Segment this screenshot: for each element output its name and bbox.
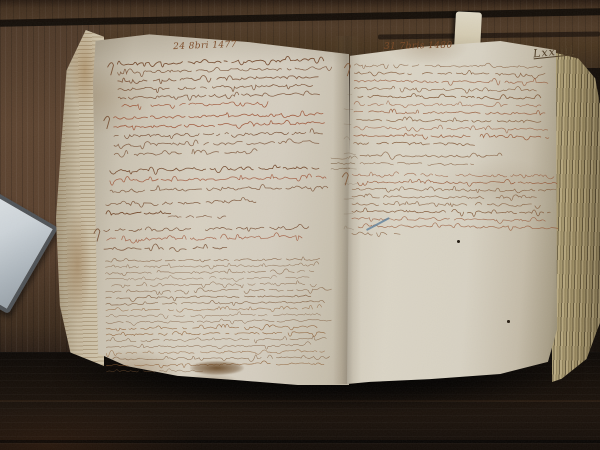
right-page-header-date: 31 7bris 1480 xyxy=(384,40,484,52)
right-para-3 xyxy=(340,168,561,250)
manuscript-photo: 24 8bri 1477 31 7bris 1480 Lxx iij xyxy=(0,0,600,450)
ink-smudge xyxy=(190,361,244,375)
handwriting-layer xyxy=(0,0,600,450)
ink-speck xyxy=(457,240,460,243)
ink-speck xyxy=(507,320,510,323)
right-gutter-marks xyxy=(332,88,357,252)
right-para-1 xyxy=(342,59,561,161)
